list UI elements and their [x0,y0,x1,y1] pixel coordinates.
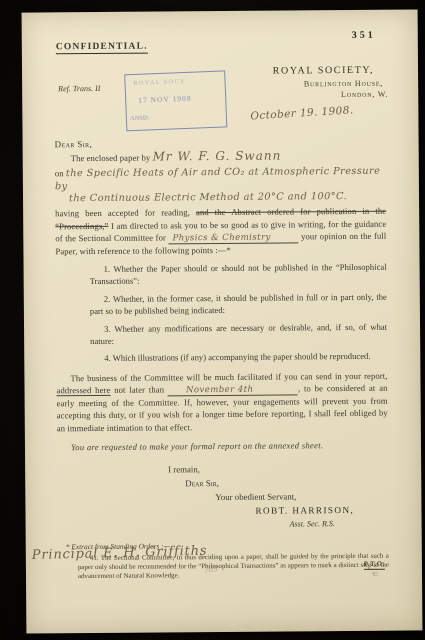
letterhead: ROYAL SOCIETY, Burlington House, London,… [273,65,389,100]
closing-dear-sir: Dear Sir, [185,477,388,489]
pencil-mark: 769 [203,563,218,575]
point-4: 4. Which illustrations (if any) accompan… [90,350,387,365]
letterhead-org: ROYAL SOCIETY, [273,65,374,77]
scanned-letter-screen: CONFIDENTIAL. 351 Ref. Trans. II ROYAL S… [0,0,425,640]
handwritten-paper-title-line2: the Continuous Electric Method at 20°C a… [69,191,386,204]
pointing-hand-icon: ☜ [364,570,385,577]
received-stamp: ROYAL SOCY. 17 NOV 1908 ANSD. [124,70,227,131]
formal-report-note: You are requested to make your formal re… [71,438,388,453]
handwritten-author: Mr W. F. G. Swann [153,149,282,164]
reference-label: Ref. Trans. II [58,84,100,93]
business-underlined: addressed here [56,385,110,396]
paragraph-business: The business of the Committee will be mu… [56,369,387,434]
point-1: 1. Whether the Paper should or should no… [90,260,387,287]
business-text-1: The business of the Committee will be mu… [70,370,387,382]
salutation: Dear Sir, [55,137,386,150]
stamp-line-1: ROYAL SOCY. [133,79,188,87]
stamp-date: 17 NOV 1908 [138,94,192,105]
paragraph-enclosed: The enclosed paper by Mr W. F. G. Swann [55,149,386,165]
letterhead-address-1: Burlington House, [273,79,383,89]
confidential-heading: CONFIDENTIAL. [56,42,148,55]
signature-title: Asst. Sec. R.S. [290,519,389,529]
handwritten-deadline: November 4th [168,385,298,396]
point-3: 3. Whether any modifications are necessa… [90,320,387,347]
page-number: 351 [352,30,376,41]
handwritten-paper-title-line1: the Specific Heats of Air and CO₂ at Atm… [55,166,380,193]
handwritten-date: October 19. 1908. [250,104,354,122]
paragraph-title: on the Specific Heats of Air and CO₂ at … [55,165,386,205]
point-2: 2. Whether, in the former case, it shoul… [90,290,387,317]
stamp-answered: ANSD. [130,114,150,122]
pto-block: P.T.O. ☜ [364,561,385,578]
business-text-2: not later than [110,384,168,394]
closing-servant: Your obedient Servant, [215,491,388,502]
signature-name: ROBT. HARRISON, [255,505,388,516]
letter-body: Dear Sir, The enclosed paper by Mr W. F.… [55,137,389,582]
on-word: on [55,169,66,179]
handwritten-committee: Physics & Chemistry [169,233,299,244]
letterhead-address-2: London, W. [273,90,388,100]
struck-text-2: “Proceedings,” [55,220,108,230]
struck-text-1: and the Abstract ordered for publication… [196,206,386,217]
enclosed-text: The enclosed paper by [71,153,153,164]
paragraph-accepted: having been accepted for reading, and th… [55,205,386,257]
pto-label: P.T.O. [364,561,385,570]
closing-i-remain: I remain, [168,463,388,475]
letter-page: CONFIDENTIAL. 351 Ref. Trans. II ROYAL S… [22,9,423,633]
accepted-text-1: having been accepted for reading, [55,207,196,218]
